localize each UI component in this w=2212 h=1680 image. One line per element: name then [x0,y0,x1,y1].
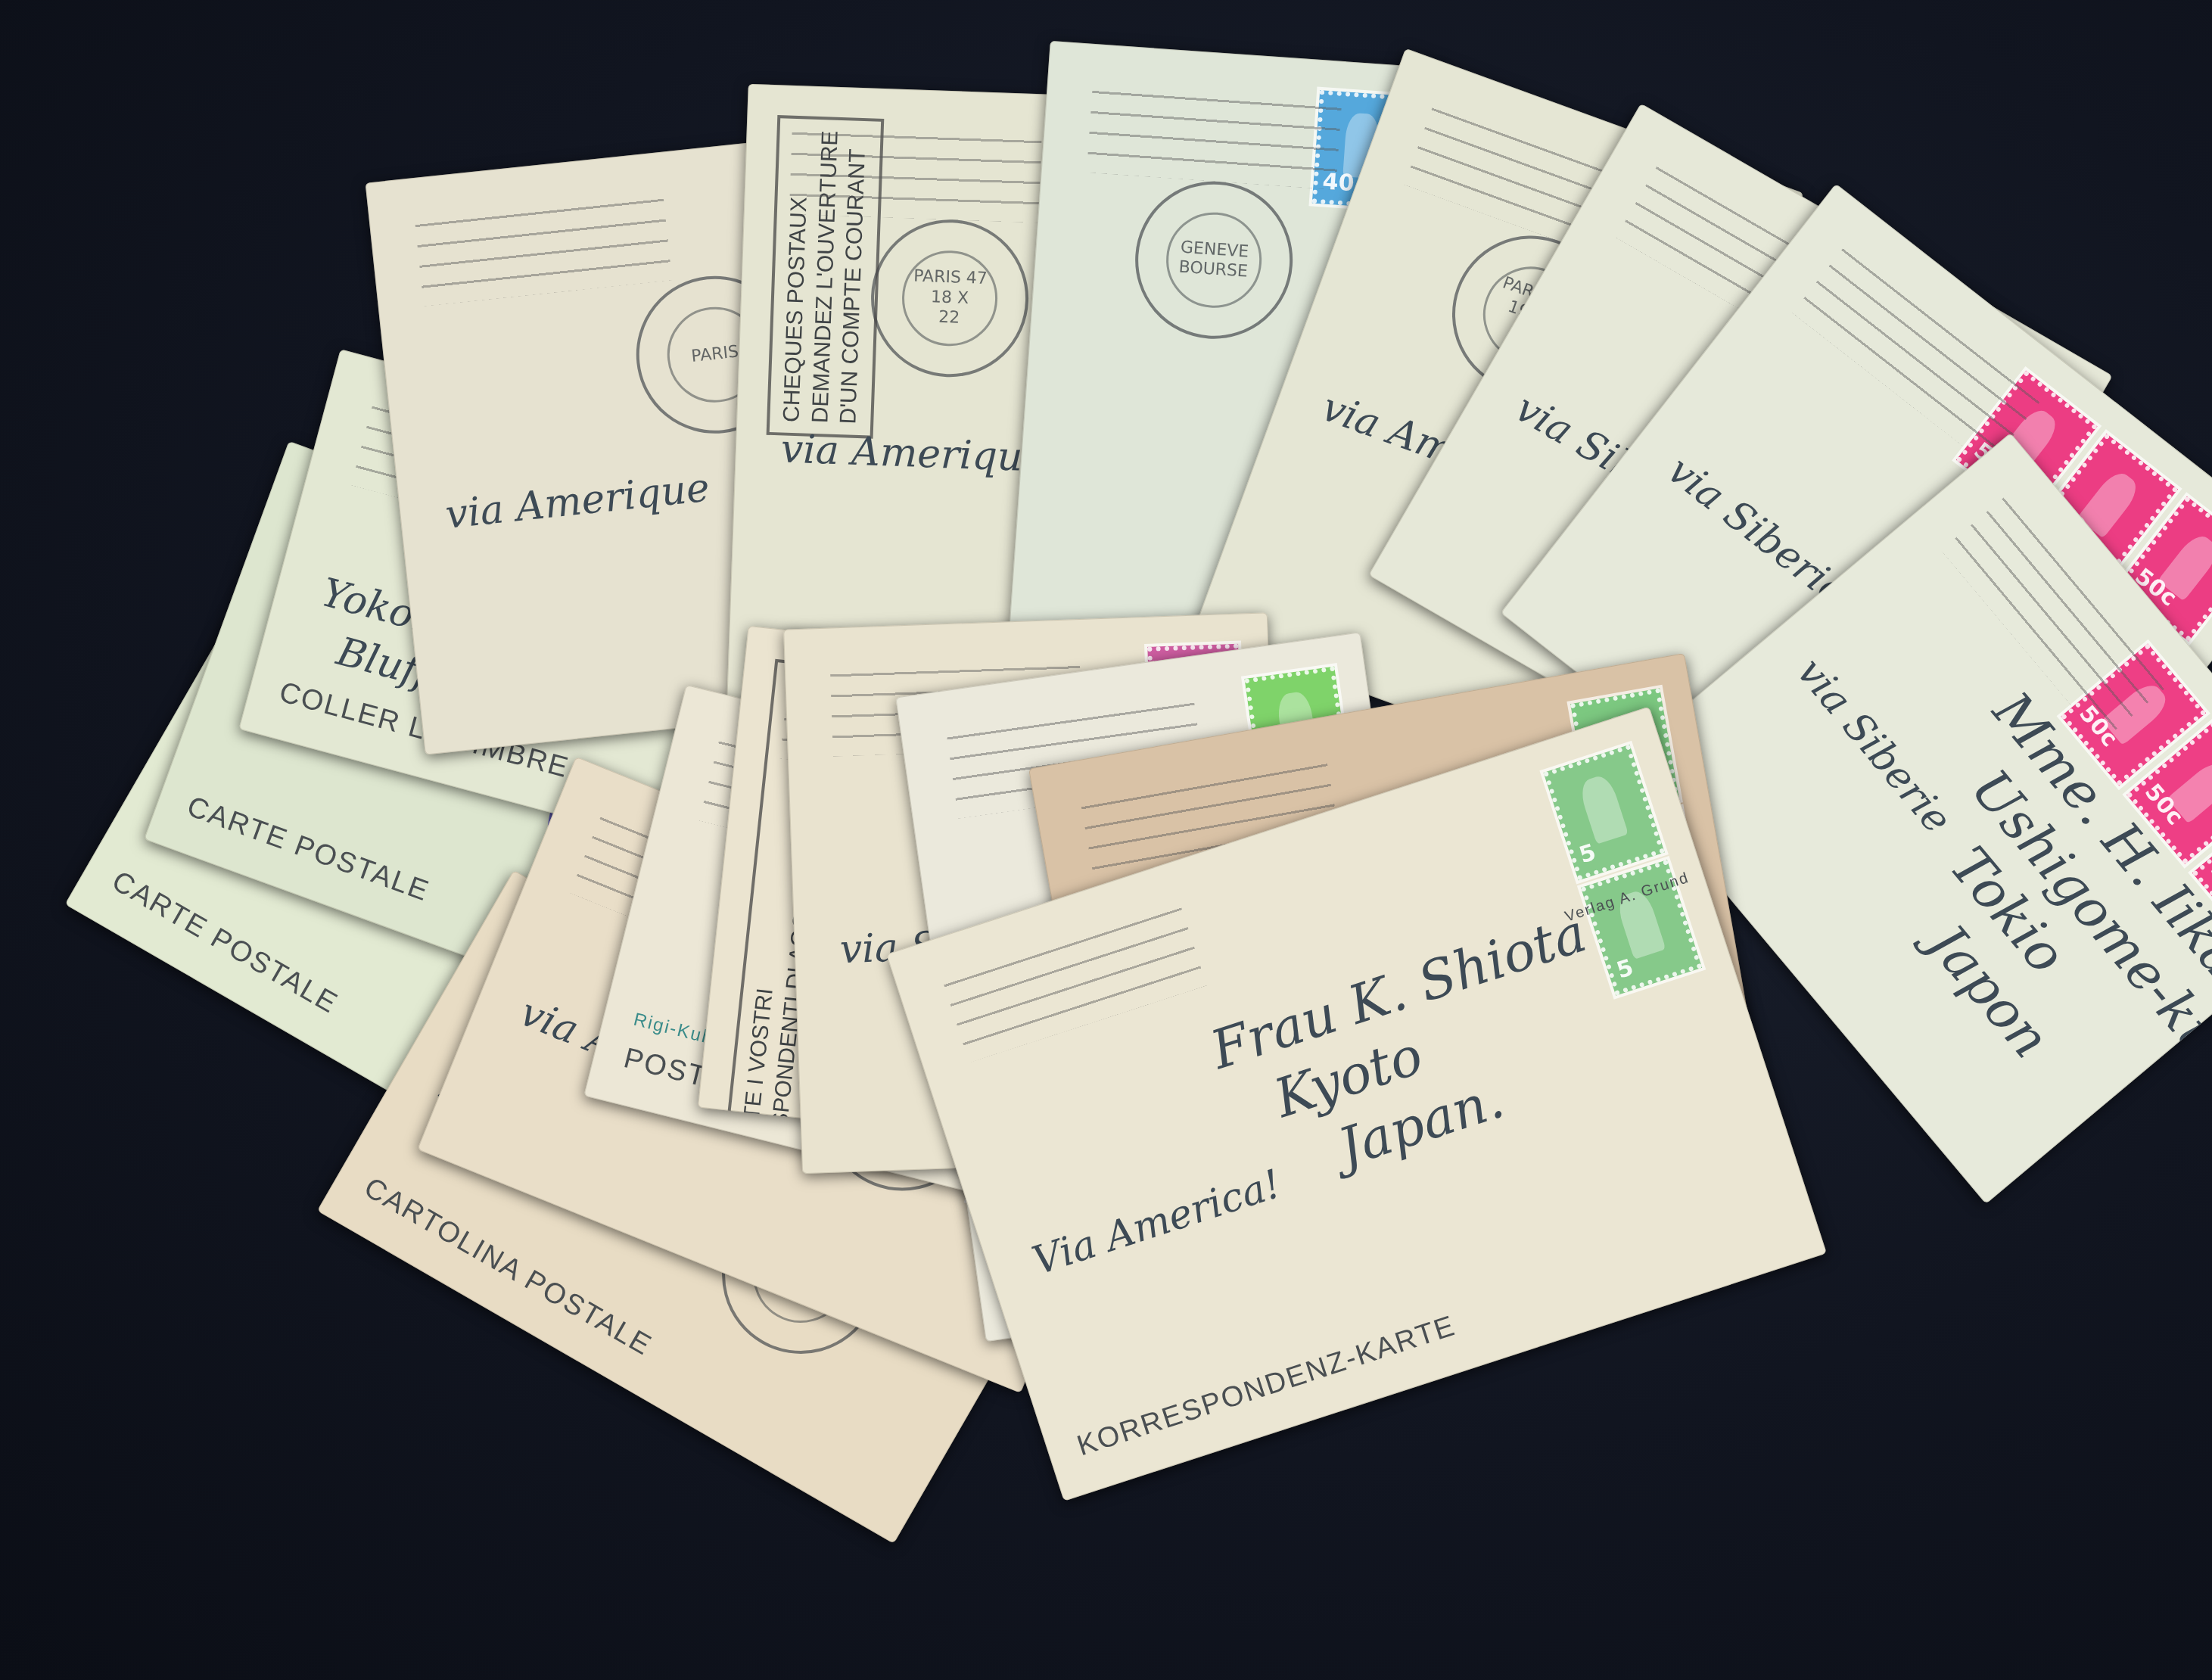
handwritten-route-note: via Amerique [780,427,1047,481]
photo-scene: 10cCARTE POSTALE25cPARIS 16-9 1930TOKYOC… [0,0,2212,1680]
address-lines [789,131,1042,222]
address-lines [1087,89,1342,190]
